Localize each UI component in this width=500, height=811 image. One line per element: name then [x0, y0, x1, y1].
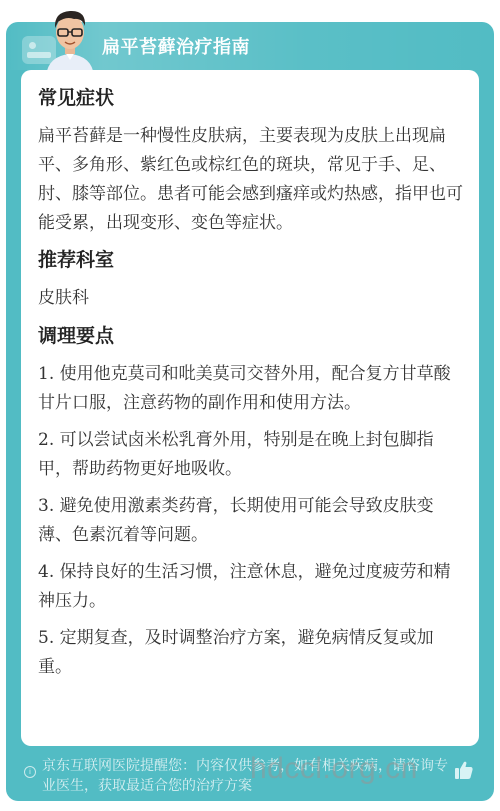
department-heading: 推荐科室 — [38, 246, 464, 274]
care-item: 2. 可以尝试卤米松乳膏外用，特别是在晚上封包脚指甲，帮助药物更好地吸收。 — [38, 426, 464, 484]
care-item-number: 2. — [38, 430, 54, 450]
care-item: 4. 保持良好的生活习惯，注意休息，避免过度疲劳和精神压力。 — [38, 558, 464, 616]
care-item: 1. 使用他克莫司和吡美莫司交替外用，配合复方甘草酸甘片口服，注意药物的副作用和… — [38, 360, 464, 418]
page-title: 扁平苔藓治疗指南 — [102, 33, 250, 59]
thumbs-up-icon[interactable] — [454, 760, 474, 780]
symptoms-heading: 常见症状 — [38, 84, 464, 112]
guide-panel: 扁平苔藓治疗指南 常见症状 扁平苔藓是一种慢性皮肤病，主要表现为皮肤上出现扁平、… — [6, 22, 494, 801]
symptoms-body: 扁平苔藓是一种慢性皮肤病，主要表现为皮肤上出现扁平、多角形、紫红色或棕红色的斑块… — [38, 122, 464, 238]
care-item-text: 使用他克莫司和吡美莫司交替外用，配合复方甘草酸甘片口服，注意药物的副作用和使用方… — [38, 364, 451, 413]
care-item-text: 避免使用激素类药膏，长期使用可能会导致皮肤变薄、色素沉着等问题。 — [38, 496, 434, 545]
care-item-text: 定期复查，及时调整治疗方案，避免病情反复或加重。 — [38, 628, 434, 677]
content-card: 常见症状 扁平苔藓是一种慢性皮肤病，主要表现为皮肤上出现扁平、多角形、紫红色或棕… — [21, 70, 479, 746]
department-value: 皮肤科 — [38, 284, 464, 312]
care-item: 3. 避免使用激素类药膏，长期使用可能会导致皮肤变薄、色素沉着等问题。 — [38, 492, 464, 550]
doctor-avatar — [38, 4, 102, 76]
care-item-text: 保持良好的生活习惯，注意休息，避免过度疲劳和精神压力。 — [38, 562, 451, 611]
care-item-number: 4. — [38, 562, 54, 582]
info-icon: i — [24, 766, 36, 778]
care-item-text: 可以尝试卤米松乳膏外用，特别是在晚上封包脚指甲，帮助药物更好地吸收。 — [38, 430, 434, 479]
care-item: 5. 定期复查，及时调整治疗方案，避免病情反复或加重。 — [38, 624, 464, 682]
watermark: hdccl.org.cn — [250, 752, 418, 786]
care-heading: 调理要点 — [38, 322, 464, 350]
care-item-number: 3. — [38, 496, 54, 516]
care-item-number: 5. — [38, 628, 54, 648]
care-item-number: 1. — [38, 364, 54, 384]
